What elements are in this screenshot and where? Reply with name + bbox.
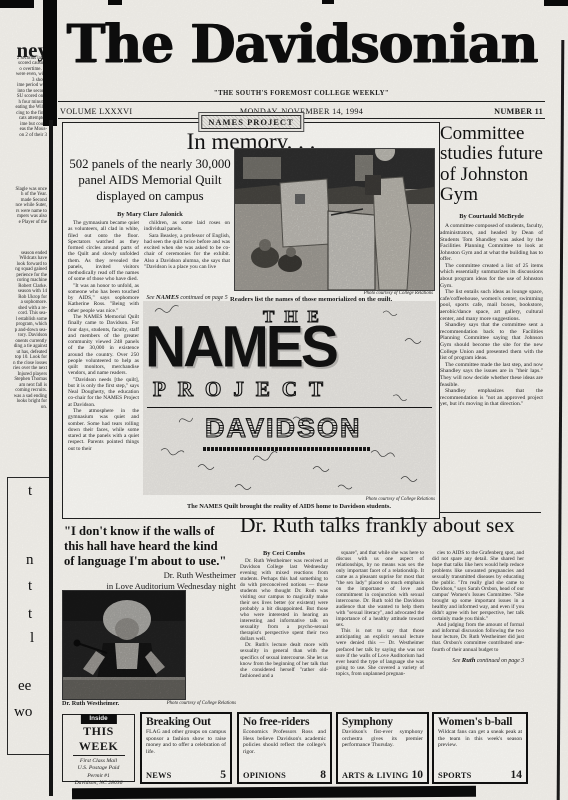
committee-headline: Committee studies future of Johnston Gym [440, 124, 543, 205]
teaser-page-number: 10 [412, 769, 424, 781]
dateline: VOLUME LXXXVI MONDAY, NOVEMBER 14, 1994 … [58, 104, 545, 118]
readers-photo [234, 148, 435, 291]
paragraph: Shandley emphasizes that the recommendat… [440, 388, 543, 408]
continued-ruth: See Ruth continued on page 3 [432, 657, 524, 664]
cutoff-letter: t [28, 578, 32, 595]
teaser-page-number: 14 [511, 769, 523, 781]
page-fold-shadow [43, 0, 57, 126]
teaser-text: Economics Professors Ross and Hess belie… [239, 728, 330, 756]
ruth-article-column-2: square", and that while she was here to … [336, 550, 424, 712]
teaser-text: Wildcat fans can get a sneak peak at the… [434, 728, 526, 750]
paragraph: Shandley says that the committee sent a … [440, 322, 543, 362]
nameplate-title: The Davidsonian [58, 14, 545, 75]
adjacent-page-strip: ney 2 seconds later, scored causing o ov… [0, 0, 49, 800]
newspaper-front-page: ney 2 seconds later, scored causing o ov… [0, 0, 568, 800]
teaser-footer: OPINIONS 8 [243, 768, 326, 781]
paragraph: The NAMES Memorial Quilt finally came to… [68, 314, 139, 377]
strip-cutoff-box: t n t t l ee wo [7, 477, 49, 755]
names-banner-photo: THE NAMES PROJECT DAVIDSON [143, 301, 436, 495]
masthead-rule [58, 101, 545, 102]
paragraph: cies to AIDS to the Grafenberg spot, and… [432, 550, 524, 622]
strip-text-fragment: season ended Wildcats have look forward … [0, 251, 47, 410]
committee-article-column: A committee composed of students, facult… [440, 223, 543, 408]
paragraph: "Davidson needs [the quilt], but it is o… [68, 377, 139, 408]
ruth-photo-caption-row: Dr. Ruth Westheimer. Photo courtesy of C… [62, 700, 236, 709]
teaser-page-number: 8 [320, 769, 326, 781]
paragraph: children, as some laid roses on individu… [144, 220, 230, 233]
ruth-article-column-1: By Ceci Combs Dr. Ruth Westheimer was re… [240, 550, 328, 712]
strip-text-fragment: Slagle was once h of the Year. made Seco… [0, 187, 47, 225]
paragraph: Dr. Ruth Westheimer was received at Davi… [240, 558, 328, 642]
teaser-box-news: Breaking Out FLAG and other groups on ca… [140, 712, 232, 784]
teaser-title: Breaking Out [142, 714, 230, 728]
quilt-subheadline: 502 panels of the nearly 30,000 panel AI… [67, 157, 233, 205]
teaser-title: Symphony [338, 714, 427, 728]
continued-names: See NAMES continued on page 5 [144, 294, 230, 301]
ruth-photo [62, 590, 186, 700]
paragraph: This is not to say that those anticipati… [336, 628, 424, 676]
cutoff-letter: t [28, 606, 32, 623]
teaser-section: ARTS & LIVING [342, 771, 409, 780]
dateline-rule [58, 118, 545, 119]
ruth-article-column-3: cies to AIDS to the Grafenberg spot, and… [432, 550, 524, 712]
mailing-info: First Class Mail U.S. Postage Paid Permi… [63, 758, 134, 788]
ruth-headline: Dr. Ruth talks frankly about sex [240, 513, 543, 538]
issue-number-label: NUMBER 11 [494, 107, 543, 116]
teaser-section: SPORTS [438, 771, 472, 780]
ruth-byline: By Ceci Combs [240, 550, 328, 557]
paragraph: The gymnasium became quiet as volunteers… [68, 220, 139, 283]
cutoff-letter: ee [18, 678, 31, 695]
this-week-box: Inside THIS WEEK First Class Mail U.S. P… [62, 714, 135, 782]
teaser-footer: ARTS & LIVING 10 [342, 768, 423, 781]
paragraph: The committee created a list of 25 items… [440, 263, 543, 289]
cutoff-letter: n [26, 552, 34, 569]
quilt-photo-caption: The NAMES Quilt brought the reality of A… [187, 503, 437, 510]
teaser-page-number: 5 [220, 769, 226, 781]
committee-byline: By Courtauld McBryde [440, 213, 543, 220]
quilt-signatures [143, 301, 436, 495]
readers-photo-art [235, 149, 434, 290]
teaser-title: No free-riders [239, 714, 330, 728]
teaser-box-sports: Women's b-ball Wildcat fans can get a sn… [432, 712, 528, 784]
teaser-section: OPINIONS [243, 771, 286, 780]
committee-article: Committee studies future of Johnston Gym… [440, 124, 543, 408]
date-label: MONDAY, NOVEMBER 14, 1994 [58, 107, 545, 116]
teaser-footer: NEWS 5 [146, 768, 226, 781]
paragraph: And judging from the amount of formal an… [432, 622, 524, 652]
cutoff-letter: l [30, 630, 34, 647]
quilt-article-column-1: The gymnasium became quiet as volunteers… [68, 220, 139, 512]
ruth-photo-art [63, 591, 185, 699]
this-week-title: THIS WEEK [63, 724, 134, 754]
front-page-main: The Davidsonian "THE SOUTH'S FOREMOST CO… [58, 0, 545, 800]
paragraph: The committee made the last step, and no… [440, 362, 543, 388]
cutoff-letter: wo [14, 704, 32, 721]
ruth-pull-quote: "I don't know if the walls of this hall … [64, 524, 236, 569]
scan-edge-mark [544, 0, 568, 6]
teaser-section: NEWS [146, 771, 171, 780]
quilt-byline: By Mary Clare Jalonick [67, 211, 233, 218]
this-week-rule [73, 755, 125, 756]
names-project-article-box: NAMES PROJECT In memory. . . 502 panels … [62, 122, 440, 519]
paragraph: Sara Beasley, a professor of English, ha… [144, 233, 230, 271]
right-scan-edge [557, 40, 564, 800]
quote-attribution: Dr. Ruth Westheimer in Love Auditorium W… [64, 570, 236, 591]
quote-attribution-name: Dr. Ruth Westheimer [64, 570, 236, 581]
teaser-text: Davidson's fist-ever symphony orchestra … [338, 728, 427, 750]
photo-credit: Photo courtesy of College Relations [183, 497, 435, 502]
names-project-kicker: NAMES PROJECT [201, 115, 301, 129]
cutoff-letter: t [28, 483, 32, 500]
teaser-text: FLAG and other groups on campus sponsor … [142, 728, 230, 756]
paragraph: Dr. Ruth's lecture dealt more with sexua… [240, 642, 328, 678]
teaser-title: Women's b-ball [434, 714, 526, 728]
strip-text-fragment: 2 seconds later, scored causing o overti… [0, 56, 47, 138]
paragraph: The atmosphere in the gymnasium was quie… [68, 408, 139, 452]
teaser-footer: SPORTS 14 [438, 768, 522, 781]
ruth-photo-caption: Dr. Ruth Westheimer. [62, 700, 119, 707]
quilt-article-column-2: children, as some laid roses on individu… [144, 220, 230, 305]
paragraph: The list entails such ideas as lounge sp… [440, 289, 543, 322]
masthead-tagline: "THE SOUTH'S FOREMOST COLLEGE WEEKLY" [58, 90, 545, 97]
teaser-box-arts: Symphony Davidson's fist-ever symphony o… [336, 712, 429, 784]
paragraph: A committee composed of students, facult… [440, 223, 543, 263]
teaser-box-opinions: No free-riders Economics Professors Ross… [237, 712, 332, 784]
scan-edge-mark [0, 0, 34, 8]
paragraph: square", and that while she was here to … [336, 550, 424, 628]
paragraph: "It was an honor to unfold, as someone w… [68, 283, 139, 314]
inside-badge: Inside [80, 714, 116, 724]
page-fold-line [49, 120, 53, 796]
photo-credit: Photo courtesy of College Relations [167, 701, 236, 706]
